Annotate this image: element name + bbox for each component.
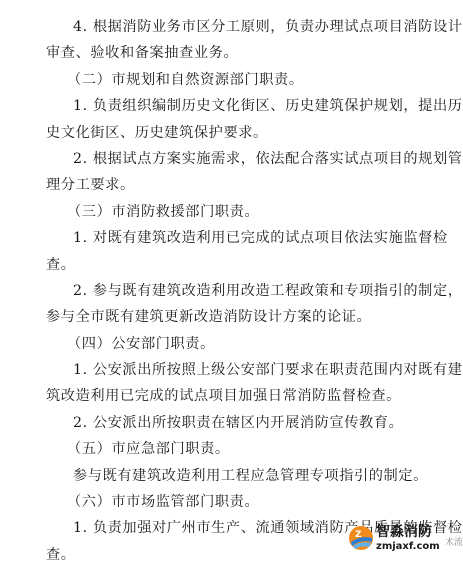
paragraph-line: 1. 负责组织编制历史文化街区、历史建筑保护规划，提出历 <box>46 93 422 119</box>
paragraph-line: 4. 根据消防业务市区分工原则，负责办理试点项目消防设计 <box>46 14 422 40</box>
svg-text:Z: Z <box>355 530 362 540</box>
watermark-suffix: 术流 <box>445 535 463 548</box>
watermark-url: zmjaxf.com <box>376 541 440 552</box>
brand-logo-icon: Z <box>348 525 374 551</box>
paragraph-line: 参与全市既有建筑更新改造消防设计方案的论证。 <box>46 304 422 330</box>
watermark: Z 智淼消防 zmjaxf.com 术流 <box>348 519 463 559</box>
section-heading: （三）市消防救援部门职责。 <box>46 199 422 225</box>
watermark-title: 智淼消防 <box>376 521 432 541</box>
section-heading: （二）市规划和自然资源部门职责。 <box>46 67 422 93</box>
paragraph-line: 2. 公安派出所按职责在辖区内开展消防宣传教育。 <box>46 410 422 436</box>
section-heading: （四）公安部门职责。 <box>46 331 422 357</box>
paragraph-line: 理分工要求。 <box>46 172 422 198</box>
section-heading: （五）市应急部门职责。 <box>46 436 422 462</box>
paragraph-line: 1. 公安派出所按照上级公安部门要求在职责范围内对既有建 <box>46 357 422 383</box>
document-page: 4. 根据消防业务市区分工原则，负责办理试点项目消防设计 审查、验收和备案抽查业… <box>46 14 422 561</box>
section-heading: （六）市市场监管部门职责。 <box>46 489 422 515</box>
paragraph-line: 2. 参与既有建筑改造利用改造工程政策和专项指引的制定， <box>46 278 422 304</box>
paragraph-line: 参与既有建筑改造利用工程应急管理专项指引的制定。 <box>46 463 422 489</box>
paragraph-line: 1. 对既有建筑改造利用已完成的试点项目依法实施监督检 <box>46 225 422 251</box>
paragraph-line: 查。 <box>46 252 422 278</box>
paragraph-line: 审查、验收和备案抽查业务。 <box>46 40 422 66</box>
paragraph-line: 2. 根据试点方案实施需求，依法配合落实试点项目的规划管 <box>46 146 422 172</box>
paragraph-line: 筑改造利用已完成的试点项目加强日常消防监督检查。 <box>46 383 422 409</box>
paragraph-line: 史文化街区、历史建筑保护要求。 <box>46 120 422 146</box>
